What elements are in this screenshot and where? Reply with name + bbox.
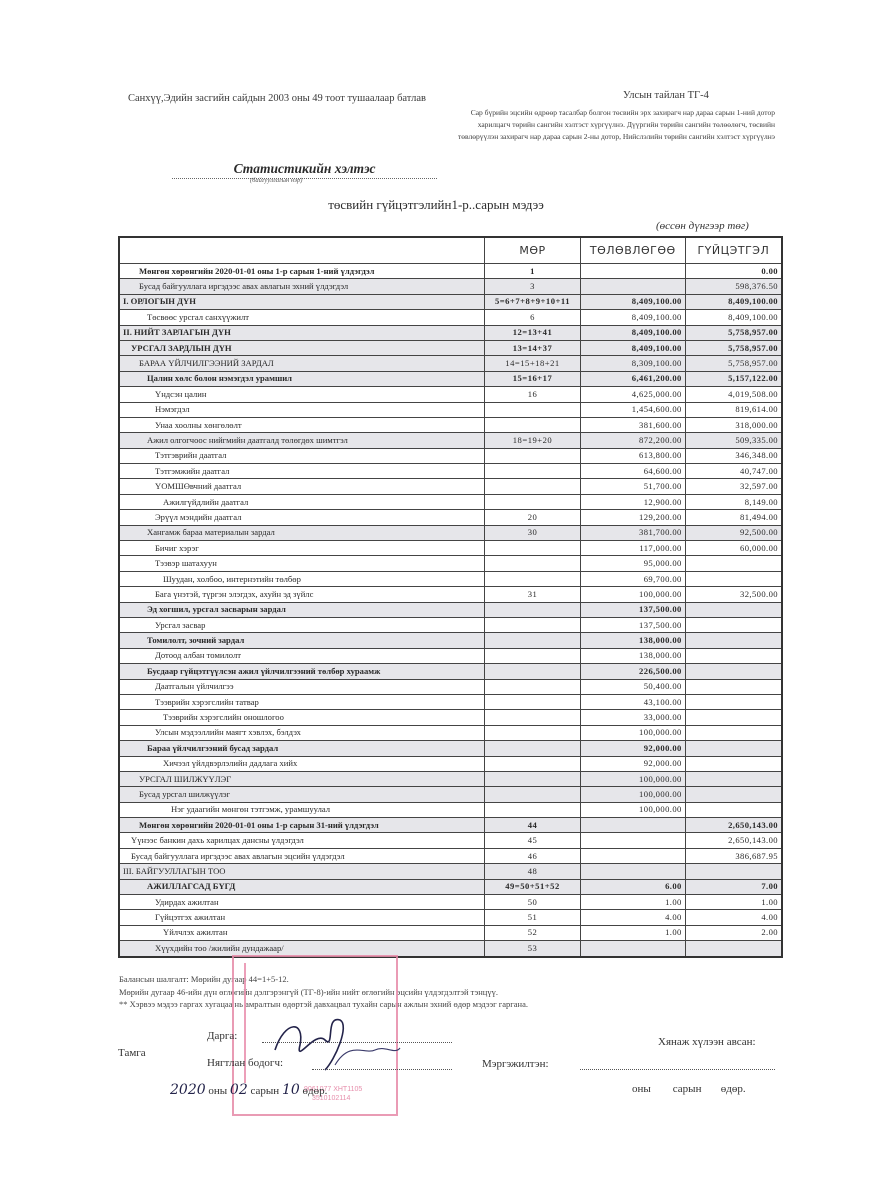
table-header-row: МӨР ТӨЛӨВЛӨГӨӨ ГҮЙЦЭТГЭЛ (119, 237, 782, 264)
row-number (485, 679, 581, 694)
plan-value: 43,100.00 (580, 694, 685, 709)
submission-note: Сар бүрийн эцсийн өдрөөр тасалбар болгон… (440, 107, 775, 143)
plan-value: 100,000.00 (580, 771, 685, 786)
actual-value: 5,758,957.00 (685, 356, 782, 371)
row-label: АЖИЛЛАГСАД БҮГД (119, 879, 485, 894)
actual-value: 32,597.00 (685, 479, 782, 494)
row-label: Бусад байгууллага иргэдээс авах авлагын … (119, 279, 485, 294)
plan-value: 8,409,100.00 (580, 340, 685, 355)
table-row: Дотоод албан томилолт138,000.00 (119, 648, 782, 663)
submission-date: 2020 оны 02 сарын 10 өдөр. (170, 1082, 327, 1098)
received-date: оны сарын өдөр. (632, 1083, 746, 1095)
plan-value: 8,309,100.00 (580, 356, 685, 371)
plan-value: 8,409,100.00 (580, 310, 685, 325)
row-number (485, 556, 581, 571)
actual-value (685, 864, 782, 879)
plan-value: 613,800.00 (580, 448, 685, 463)
row-label: Бага үнэтэй, түргэн элэгдэх, ахуйн эд зү… (119, 587, 485, 602)
table-row: Бусдаар гүйцэтгүүлсэн ажил үйлчилгээний … (119, 664, 782, 679)
actual-value: 598,376.50 (685, 279, 782, 294)
table-row: УРСГАЛ ШИЛЖҮҮЛЭГ100,000.00 (119, 771, 782, 786)
row-number: 5=6+7+8+9+10+11 (485, 294, 581, 309)
row-label: Бусад байгууллага иргэдээс авах авлагын … (119, 848, 485, 863)
table-row: Тэтгэмжийн даатгал64,600.0040,747.00 (119, 464, 782, 479)
actual-value: 2,650,143.00 (685, 818, 782, 833)
row-label: Урсгал засвар (119, 617, 485, 632)
organization-field: Статистикийн хэлтэс (172, 160, 437, 179)
actual-value (685, 648, 782, 663)
row-label: Бусдаар гүйцэтгүүлсэн ажил үйлчилгээний … (119, 664, 485, 679)
row-label: III. БАЙГУУЛЛАГЫН ТОО (119, 864, 485, 879)
row-number (485, 633, 581, 648)
plan-value: 64,600.00 (580, 464, 685, 479)
row-number (485, 756, 581, 771)
row-number: 20 (485, 510, 581, 525)
specialist-signature-line[interactable] (580, 1069, 775, 1070)
actual-value: 4.00 (685, 910, 782, 925)
row-label: Төсвөөс урсгал санхүүжилт (119, 310, 485, 325)
actual-value: 2,650,143.00 (685, 833, 782, 848)
table-row: Бусад байгууллага иргэдээс авах авлагын … (119, 848, 782, 863)
actual-value (685, 741, 782, 756)
plan-value: 138,000.00 (580, 648, 685, 663)
table-row: АЖИЛЛАГСАД БҮГД49=50+51+526.007.00 (119, 879, 782, 894)
column-header-row-number: МӨР (485, 237, 581, 264)
table-row: Тээврийн хэрэгслийн оношлогоо33,000.00 (119, 710, 782, 725)
table-row: Мөнгөн хөрөнгийн 2020-01-01 оны 1-р сары… (119, 264, 782, 279)
row-number: 31 (485, 587, 581, 602)
row-label: Дотоод албан томилолт (119, 648, 485, 663)
row-label: Тээврийн хэрэгслийн оношлогоо (119, 710, 485, 725)
table-row: Улсын мэдээллийн маягт хэвлэх, бэлдэх100… (119, 725, 782, 740)
table-row: Томилолт, зочний зардал138,000.00 (119, 633, 782, 648)
table-row: Гүйцэтгэх ажилтан514.004.00 (119, 910, 782, 925)
plan-value: 4,625,000.00 (580, 387, 685, 402)
table-row: УРСГАЛ ЗАРДЛЫН ДҮН13=14+378,409,100.005,… (119, 340, 782, 355)
row-number: 16 (485, 387, 581, 402)
row-label: Томилолт, зочний зардал (119, 633, 485, 648)
table-row: Хүүхдийн тоо /жилийн дундажаар/53 (119, 941, 782, 957)
row-label: Тэтгэврийн даатгал (119, 448, 485, 463)
row-label: Мөнгөн хөрөнгийн 2020-01-01 оны 1-р сары… (119, 264, 485, 279)
plan-value: 4.00 (580, 910, 685, 925)
plan-value: 8,409,100.00 (580, 294, 685, 309)
row-number (485, 602, 581, 617)
row-number: 53 (485, 941, 581, 957)
specialist-label: Мэргэжилтэн: (482, 1058, 549, 1070)
row-label: I. ОРЛОГЫН ДҮН (119, 294, 485, 309)
row-label: ҮОМШӨвчний даатгал (119, 479, 485, 494)
plan-value: 117,000.00 (580, 541, 685, 556)
row-number (485, 648, 581, 663)
row-label: Бичиг хэрэг (119, 541, 485, 556)
form-code: Улсын тайлан ТГ-4 (623, 90, 709, 101)
date-year-handwritten: 2020 (170, 1082, 206, 1098)
row-label: УРСГАЛ ШИЛЖҮҮЛЭГ (119, 771, 485, 786)
row-label: Улсын мэдээллийн маягт хэвлэх, бэлдэх (119, 725, 485, 740)
row-label: II. НИЙТ ЗАРЛАГЫН ДҮН (119, 325, 485, 340)
plan-value (580, 818, 685, 833)
table-row: II. НИЙТ ЗАРЛАГЫН ДҮН12=13+418,409,100.0… (119, 325, 782, 340)
row-number (485, 725, 581, 740)
budget-table: МӨР ТӨЛӨВЛӨГӨӨ ГҮЙЦЭТГЭЛ Мөнгөн хөрөнгий… (118, 236, 783, 958)
actual-value: 4,019,508.00 (685, 387, 782, 402)
actual-value: 1.00 (685, 895, 782, 910)
actual-value (685, 710, 782, 725)
row-number (485, 802, 581, 817)
row-number: 14=15+18+21 (485, 356, 581, 371)
row-label: Тээврийн хэрэгслийн татвар (119, 694, 485, 709)
row-number: 51 (485, 910, 581, 925)
signature-scribble (255, 1010, 405, 1080)
table-row: Ажил олгогчоос нийгмийн даатгалд төлөгдө… (119, 433, 782, 448)
actual-value (685, 633, 782, 648)
table-row: Мөнгөн хөрөнгийн 2020-01-01 оны 1-р сары… (119, 818, 782, 833)
plan-value: 100,000.00 (580, 787, 685, 802)
column-header-plan: ТӨЛӨВЛӨГӨӨ (580, 237, 685, 264)
table-row: Нэмэгдэл1,454,600.00819,614.00 (119, 402, 782, 417)
row-label: Үндсэн цалин (119, 387, 485, 402)
row-label: Нэмэгдэл (119, 402, 485, 417)
plan-value: 8,409,100.00 (580, 325, 685, 340)
table-row: Бичиг хэрэг117,000.0060,000.00 (119, 541, 782, 556)
plan-value: 92,000.00 (580, 756, 685, 771)
plan-value: 6.00 (580, 879, 685, 894)
table-row: Бусад байгууллага иргэдээс авах авлагын … (119, 279, 782, 294)
row-label: Хичээл үйлдвэрлэлийн дадлага хийх (119, 756, 485, 771)
actual-value: 32,500.00 (685, 587, 782, 602)
table-row: Тэтгэврийн даатгал613,800.00346,348.00 (119, 448, 782, 463)
actual-value (685, 617, 782, 632)
plan-value: 1,454,600.00 (580, 402, 685, 417)
actual-value: 386,687.95 (685, 848, 782, 863)
plan-value: 92,000.00 (580, 741, 685, 756)
actual-value: 0.00 (685, 264, 782, 279)
row-label: Мөнгөн хөрөнгийн 2020-01-01 оны 1-р сары… (119, 818, 485, 833)
row-number: 1 (485, 264, 581, 279)
date-day-handwritten: 10 (282, 1082, 300, 1098)
row-number: 49=50+51+52 (485, 879, 581, 894)
plan-value (580, 864, 685, 879)
plan-value (580, 279, 685, 294)
row-number (485, 402, 581, 417)
row-number (485, 464, 581, 479)
actual-value: 5,157,122.00 (685, 371, 782, 386)
actual-value: 8,409,100.00 (685, 310, 782, 325)
table-row: Эрүүл мэндийн даатгал20129,200.0081,494.… (119, 510, 782, 525)
table-row: Тээвэр шатахуун95,000.00 (119, 556, 782, 571)
actual-value: 819,614.00 (685, 402, 782, 417)
row-number: 30 (485, 525, 581, 540)
row-label: Удирдах ажилтан (119, 895, 485, 910)
plan-value: 381,600.00 (580, 417, 685, 432)
row-number: 3 (485, 279, 581, 294)
plan-value: 872,200.00 (580, 433, 685, 448)
row-number (485, 417, 581, 432)
table-row: Үйлчлэх ажилтан521.002.00 (119, 925, 782, 940)
organization-caption: (байгууллагын нэр) (250, 177, 302, 184)
row-number (485, 448, 581, 463)
table-row: III. БАЙГУУЛЛАГЫН ТОО48 (119, 864, 782, 879)
actual-value: 8,409,100.00 (685, 294, 782, 309)
director-label: Дарга: (207, 1030, 237, 1042)
plan-value: 69,700.00 (580, 571, 685, 586)
row-number: 45 (485, 833, 581, 848)
currency-unit: (өссөн дүнгээр төг) (656, 220, 749, 232)
actual-value: 5,758,957.00 (685, 340, 782, 355)
table-row: Бусад урсгал шилжүүлэг100,000.00 (119, 787, 782, 802)
row-label: Ажил олгогчоос нийгмийн даатгалд төлөгдө… (119, 433, 485, 448)
actual-value: 40,747.00 (685, 464, 782, 479)
actual-value: 60,000.00 (685, 541, 782, 556)
row-number: 46 (485, 848, 581, 863)
row-label: БАРАА ҮЙЛЧИЛГЭЭНИЙ ЗАРДАЛ (119, 356, 485, 371)
plan-value: 95,000.00 (580, 556, 685, 571)
actual-value: 7.00 (685, 879, 782, 894)
actual-value: 346,348.00 (685, 448, 782, 463)
actual-value (685, 725, 782, 740)
actual-value: 5,758,957.00 (685, 325, 782, 340)
row-number: 13=14+37 (485, 340, 581, 355)
table-row: ҮОМШӨвчний даатгал51,700.0032,597.00 (119, 479, 782, 494)
approval-text: Санхүү,Эдийн засгийн сайдын 2003 оны 49 … (128, 92, 428, 105)
actual-value (685, 571, 782, 586)
row-number: 50 (485, 895, 581, 910)
row-number (485, 617, 581, 632)
row-label: УРСГАЛ ЗАРДЛЫН ДҮН (119, 340, 485, 355)
row-label: Тэтгэмжийн даатгал (119, 464, 485, 479)
row-label: Ажилгүйдлийн даатгал (119, 494, 485, 509)
plan-value: 381,700.00 (580, 525, 685, 540)
plan-value: 137,500.00 (580, 602, 685, 617)
table-row: Даатгалын үйлчилгээ50,400.00 (119, 679, 782, 694)
plan-value (580, 264, 685, 279)
table-row: Эд хогшил, урсгал засварын зардал137,500… (119, 602, 782, 617)
row-number: 44 (485, 818, 581, 833)
table-row: Хангамж бараа материалын зардал30381,700… (119, 525, 782, 540)
plan-value: 100,000.00 (580, 587, 685, 602)
actual-value: 2.00 (685, 925, 782, 940)
row-label: Нэг удаагийн мөнгөн тэтгэмж, урамшуулал (119, 802, 485, 817)
row-number: 6 (485, 310, 581, 325)
row-number: 52 (485, 925, 581, 940)
plan-value: 12,900.00 (580, 494, 685, 509)
actual-value: 318,000.00 (685, 417, 782, 432)
table-row: Хичээл үйлдвэрлэлийн дадлага хийх92,000.… (119, 756, 782, 771)
actual-value (685, 679, 782, 694)
table-row: Ажилгүйдлийн даатгал12,900.008,149.00 (119, 494, 782, 509)
plan-value: 138,000.00 (580, 633, 685, 648)
plan-value (580, 941, 685, 957)
plan-value: 1.00 (580, 925, 685, 940)
actual-value (685, 802, 782, 817)
organization-name: Статистикийн хэлтэс (234, 161, 376, 176)
row-label: Үүнээс банкин дахь харилцах дансны үлдэг… (119, 833, 485, 848)
received-label: Хянаж хүлээн авсан: (658, 1036, 756, 1048)
row-number (485, 571, 581, 586)
row-number (485, 541, 581, 556)
table-row: Төсвөөс урсгал санхүүжилт68,409,100.008,… (119, 310, 782, 325)
row-number (485, 479, 581, 494)
table-row: Шуудан, холбоо, интернэтийн төлбөр69,700… (119, 571, 782, 586)
table-row: Бага үнэтэй, түргэн элэгдэх, ахуйн эд зү… (119, 587, 782, 602)
actual-value (685, 694, 782, 709)
actual-value (685, 602, 782, 617)
table-row: Урсгал засвар137,500.00 (119, 617, 782, 632)
report-title: төсвийн гүйцэтгэлийн1-р..сарын мэдээ (0, 197, 872, 213)
row-label: Гүйцэтгэх ажилтан (119, 910, 485, 925)
row-label: Даатгалын үйлчилгээ (119, 679, 485, 694)
row-label: Бараа үйлчилгээний бусад зардал (119, 741, 485, 756)
row-label: Бусад урсгал шилжүүлэг (119, 787, 485, 802)
actual-value (685, 941, 782, 957)
actual-value (685, 664, 782, 679)
plan-value: 6,461,200.00 (580, 371, 685, 386)
column-header-label (119, 237, 485, 264)
plan-value: 137,500.00 (580, 617, 685, 632)
plan-value: 1.00 (580, 895, 685, 910)
table-row: БАРАА ҮЙЛЧИЛГЭЭНИЙ ЗАРДАЛ14=15+18+218,30… (119, 356, 782, 371)
row-label: Тээвэр шатахуун (119, 556, 485, 571)
row-number (485, 771, 581, 786)
row-label: Үйлчлэх ажилтан (119, 925, 485, 940)
actual-value (685, 787, 782, 802)
actual-value (685, 756, 782, 771)
plan-value: 33,000.00 (580, 710, 685, 725)
table-row: Унаа хоолны хөнгөлөлт381,600.00318,000.0… (119, 417, 782, 432)
row-label: Унаа хоолны хөнгөлөлт (119, 417, 485, 432)
actual-value: 8,149.00 (685, 494, 782, 509)
table-row: Бараа үйлчилгээний бусад зардал92,000.00 (119, 741, 782, 756)
table-row: Цалин хөлс болон нэмэгдэл урамшил15=16+1… (119, 371, 782, 386)
date-month-handwritten: 02 (230, 1082, 248, 1098)
plan-value: 226,500.00 (580, 664, 685, 679)
table-row: Тээврийн хэрэгслийн татвар43,100.00 (119, 694, 782, 709)
stamp-label: Тамга (118, 1047, 146, 1059)
row-number (485, 741, 581, 756)
plan-value: 51,700.00 (580, 479, 685, 494)
row-label: Хангамж бараа материалын зардал (119, 525, 485, 540)
row-label: Шуудан, холбоо, интернэтийн төлбөр (119, 571, 485, 586)
row-number (485, 787, 581, 802)
row-number: 18=19+20 (485, 433, 581, 448)
actual-value: 92,500.00 (685, 525, 782, 540)
row-number: 12=13+41 (485, 325, 581, 340)
plan-value (580, 833, 685, 848)
row-label: Эрүүл мэндийн даатгал (119, 510, 485, 525)
row-number (485, 694, 581, 709)
table-row: Нэг удаагийн мөнгөн тэтгэмж, урамшуулал1… (119, 802, 782, 817)
table-row: Үүнээс банкин дахь харилцах дансны үлдэг… (119, 833, 782, 848)
row-number (485, 664, 581, 679)
table-row: Үндсэн цалин164,625,000.004,019,508.00 (119, 387, 782, 402)
row-number (485, 494, 581, 509)
plan-value: 50,400.00 (580, 679, 685, 694)
column-header-actual: ГҮЙЦЭТГЭЛ (685, 237, 782, 264)
table-row: I. ОРЛОГЫН ДҮН5=6+7+8+9+10+118,409,100.0… (119, 294, 782, 309)
actual-value (685, 556, 782, 571)
table-row: Удирдах ажилтан501.001.00 (119, 895, 782, 910)
plan-value: 100,000.00 (580, 802, 685, 817)
actual-value: 81,494.00 (685, 510, 782, 525)
row-label: Эд хогшил, урсгал засварын зардал (119, 602, 485, 617)
plan-value: 129,200.00 (580, 510, 685, 525)
row-number: 15=16+17 (485, 371, 581, 386)
plan-value: 100,000.00 (580, 725, 685, 740)
row-number: 48 (485, 864, 581, 879)
actual-value: 509,335.00 (685, 433, 782, 448)
row-label: Цалин хөлс болон нэмэгдэл урамшил (119, 371, 485, 386)
actual-value (685, 771, 782, 786)
row-number (485, 710, 581, 725)
plan-value (580, 848, 685, 863)
